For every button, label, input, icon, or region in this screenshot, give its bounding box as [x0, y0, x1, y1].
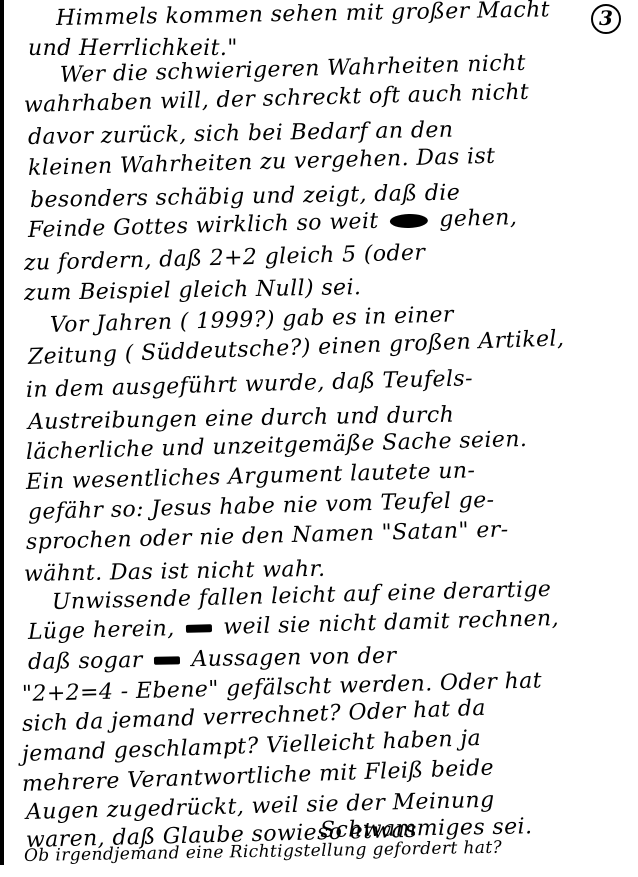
text-line: in dem ausgeführt wurde, daß Teufels-: [26, 366, 474, 403]
text-segment: Aussagen von der: [191, 644, 396, 673]
text-segment: daß sogar: [28, 648, 143, 675]
text-segment: gehen,: [439, 205, 517, 232]
text-line: kleinen Wahrheiten zu vergehen. Das ist: [28, 144, 496, 181]
text-line: und Herrlichkeit.": [28, 36, 238, 61]
text-line: wähnt. Das ist nicht wahr.: [24, 557, 326, 587]
scribbled-out-word: [390, 214, 428, 229]
text-line-with-strikeout: daß sogar Aussagen von der: [28, 644, 397, 675]
text-line: Himmels kommen sehen mit großer Macht: [56, 0, 550, 31]
scribbled-out-word: [154, 656, 180, 664]
scan-left-edge: [0, 0, 4, 865]
text-line: zu fordern, daß 2+2 gleich 5 (oder: [24, 240, 426, 275]
scribbled-out-word: [186, 624, 212, 633]
text-segment: Lüge herein,: [28, 616, 175, 645]
text-line: zum Beispiel gleich Null) sei.: [24, 275, 362, 306]
circled-page-number: 3: [591, 4, 621, 34]
handwritten-page: 3 Himmels kommen sehen mit großer Macht …: [0, 0, 638, 877]
text-segment: weil sie nicht damit rechnen,: [223, 606, 559, 640]
text-line: davor zurück, sich bei Bedarf an den: [28, 118, 454, 150]
text-segment: Feinde Gottes wirklich so weit: [28, 209, 379, 243]
